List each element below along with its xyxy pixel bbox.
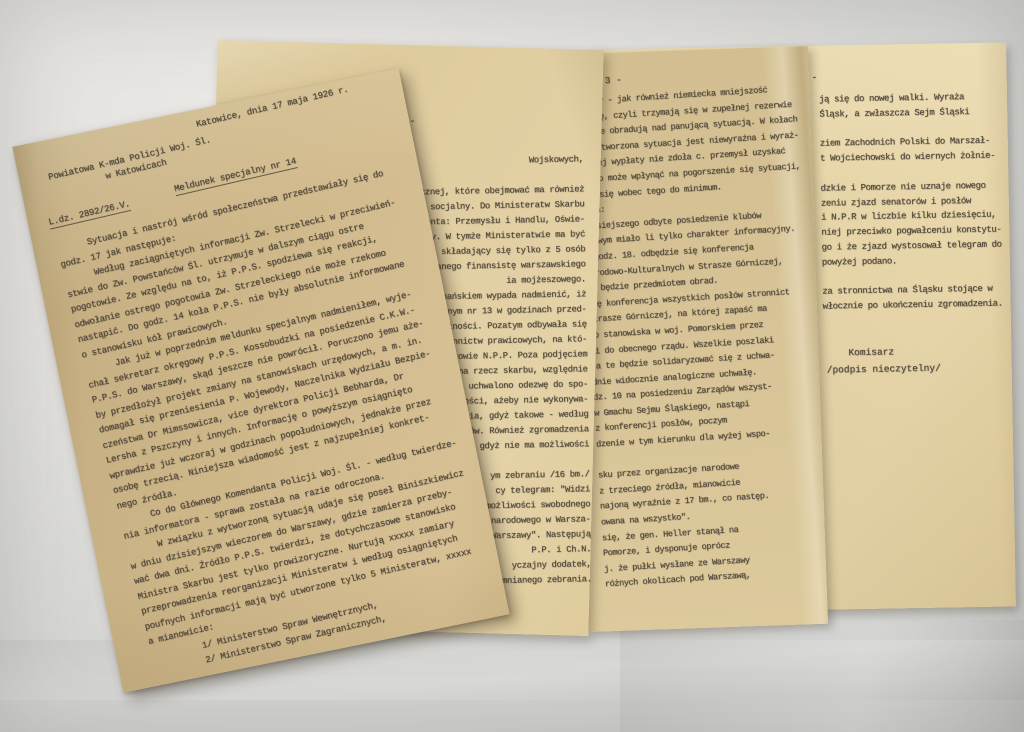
fabric-wrinkle	[620, 620, 1024, 732]
page-text: ją się do nowej walki. WyrażaŚląsk, a zw…	[819, 90, 1003, 315]
signature-title: Komisarz	[848, 346, 894, 358]
page-text: Sytuacja i nastrój wśród społeczeństwa p…	[55, 163, 500, 681]
reference-number: L.dz. 2892/26.V.	[48, 199, 132, 230]
photo-background: - 4 - ją się do nowej walki. WyrażaŚląsk…	[0, 0, 1024, 732]
signature-note: /podpis nieczytelny/	[827, 363, 941, 376]
document-page-3: - 3 - iejscy - jak również niemiecka mni…	[568, 46, 828, 632]
page-text: iejscy - jak również niemiecka mniejszoś…	[574, 81, 827, 593]
text-line: dzkie i Pomorze nie uznaje nowego	[820, 178, 1000, 196]
text-line: włocznie po ukończeniu zgromadzenia.	[823, 297, 1003, 315]
text-line: t Wojciechowski do wiernych żołnie-	[820, 149, 1000, 167]
text-line: go i że zjazd wystosował telegram do	[821, 237, 1001, 255]
